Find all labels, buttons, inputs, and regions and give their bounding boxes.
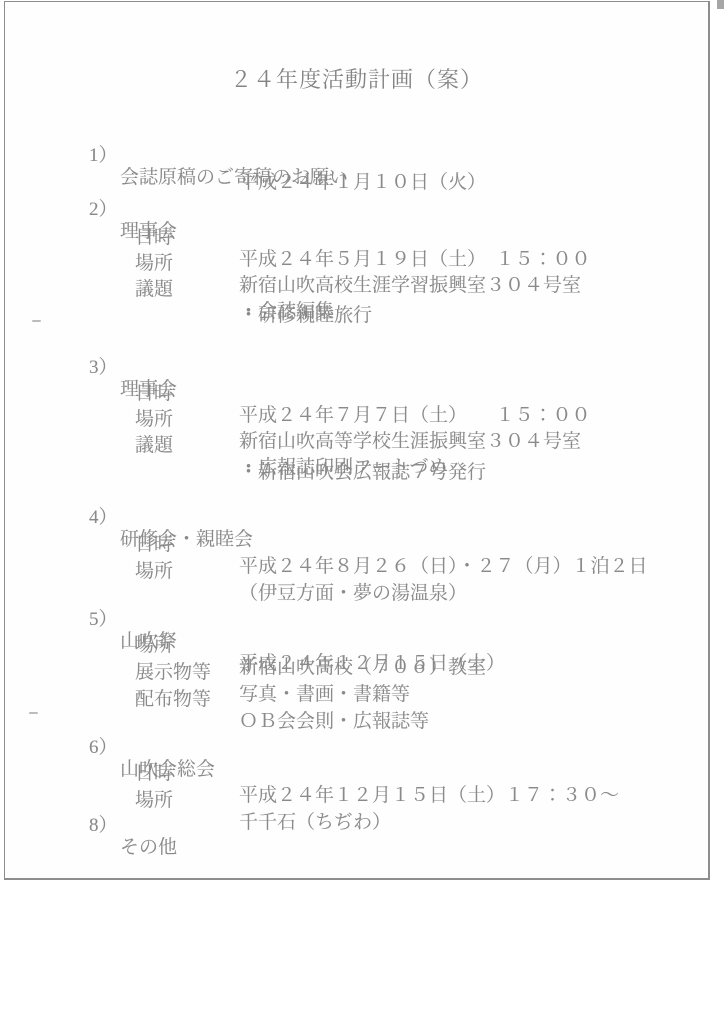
section-name: その他 — [120, 837, 177, 859]
detail-row: 日時 平成２４年８月２６（日）・２７（月）１泊２日 — [5, 512, 708, 538]
detail-row: 日時 平成２４年７月７日（土） １５：００ — [5, 361, 708, 387]
detail-row: 場所 新宿山吹高校生涯学習振興室３０４号室 — [5, 231, 708, 257]
section-heading: 5） 山吹祭 平成２４年１２月１５日（土） — [5, 587, 708, 613]
scan-corner-artifact — [717, 0, 724, 9]
section-heading: 2） 理事会 — [5, 177, 708, 203]
detail-row: 議題 ・広報誌印刷フートづめ — [5, 413, 708, 439]
scanned-document-canvas: ２４年度活動計画（案） 1） 会誌原稿のご寄稿のお願い 平成２４年１月１０日（火… — [0, 0, 724, 1024]
row-label: 場所 — [135, 561, 173, 583]
detail-row: ・新宿山吹会広報誌７号発行 — [5, 440, 708, 466]
detail-row: ・研修親睦旅行 — [5, 283, 708, 309]
detail-row: 展示物等 写真・書画・書籍等 — [5, 640, 708, 666]
detail-row: 平成２４年１月１０日（火） — [5, 150, 708, 176]
row-label: 配布物等 — [135, 689, 211, 711]
detail-row: 場所 新宿山吹高等学校生涯振興室３０４号室 — [5, 387, 708, 413]
document-title: ２４年度活動計画（案） — [5, 68, 708, 92]
scan-speckle — [32, 320, 41, 322]
section-heading: 4） 研修会・親睦会 — [5, 485, 708, 511]
detail-row: 日時 平成２４年１２月１５日（土）１７：３０～ — [5, 741, 708, 767]
detail-row: 配布物等 ＯＢ会会則・広報誌等 — [5, 667, 708, 693]
detail-row: 議題 ・会誌編集 — [5, 257, 708, 283]
section-heading: 6） 山吹会総会 — [5, 715, 708, 741]
section-heading: 8） その他 — [5, 793, 708, 819]
detail-row: 場所 新宿山吹高校（７０６）教室 — [5, 613, 708, 639]
row-value: ・研修親睦旅行 — [239, 305, 372, 327]
scan-speckle — [29, 712, 38, 714]
detail-row: 場所 （伊豆方面・夢の湯温泉） — [5, 539, 708, 565]
detail-row: 場所 千千石（ちぢわ） — [5, 768, 708, 794]
document-page: ２４年度活動計画（案） 1） 会誌原稿のご寄稿のお願い 平成２４年１月１０日（火… — [4, 1, 710, 880]
detail-row: 日時 平成２４年５月１９日（土） １５：００ — [5, 205, 708, 231]
section-heading: 3） 理事会 — [5, 335, 708, 361]
section-number: 8） — [89, 815, 118, 837]
row-value: ・新宿山吹会広報誌７号発行 — [239, 462, 486, 484]
section-heading: 1） 会誌原稿のご寄稿のお願い — [5, 123, 708, 149]
